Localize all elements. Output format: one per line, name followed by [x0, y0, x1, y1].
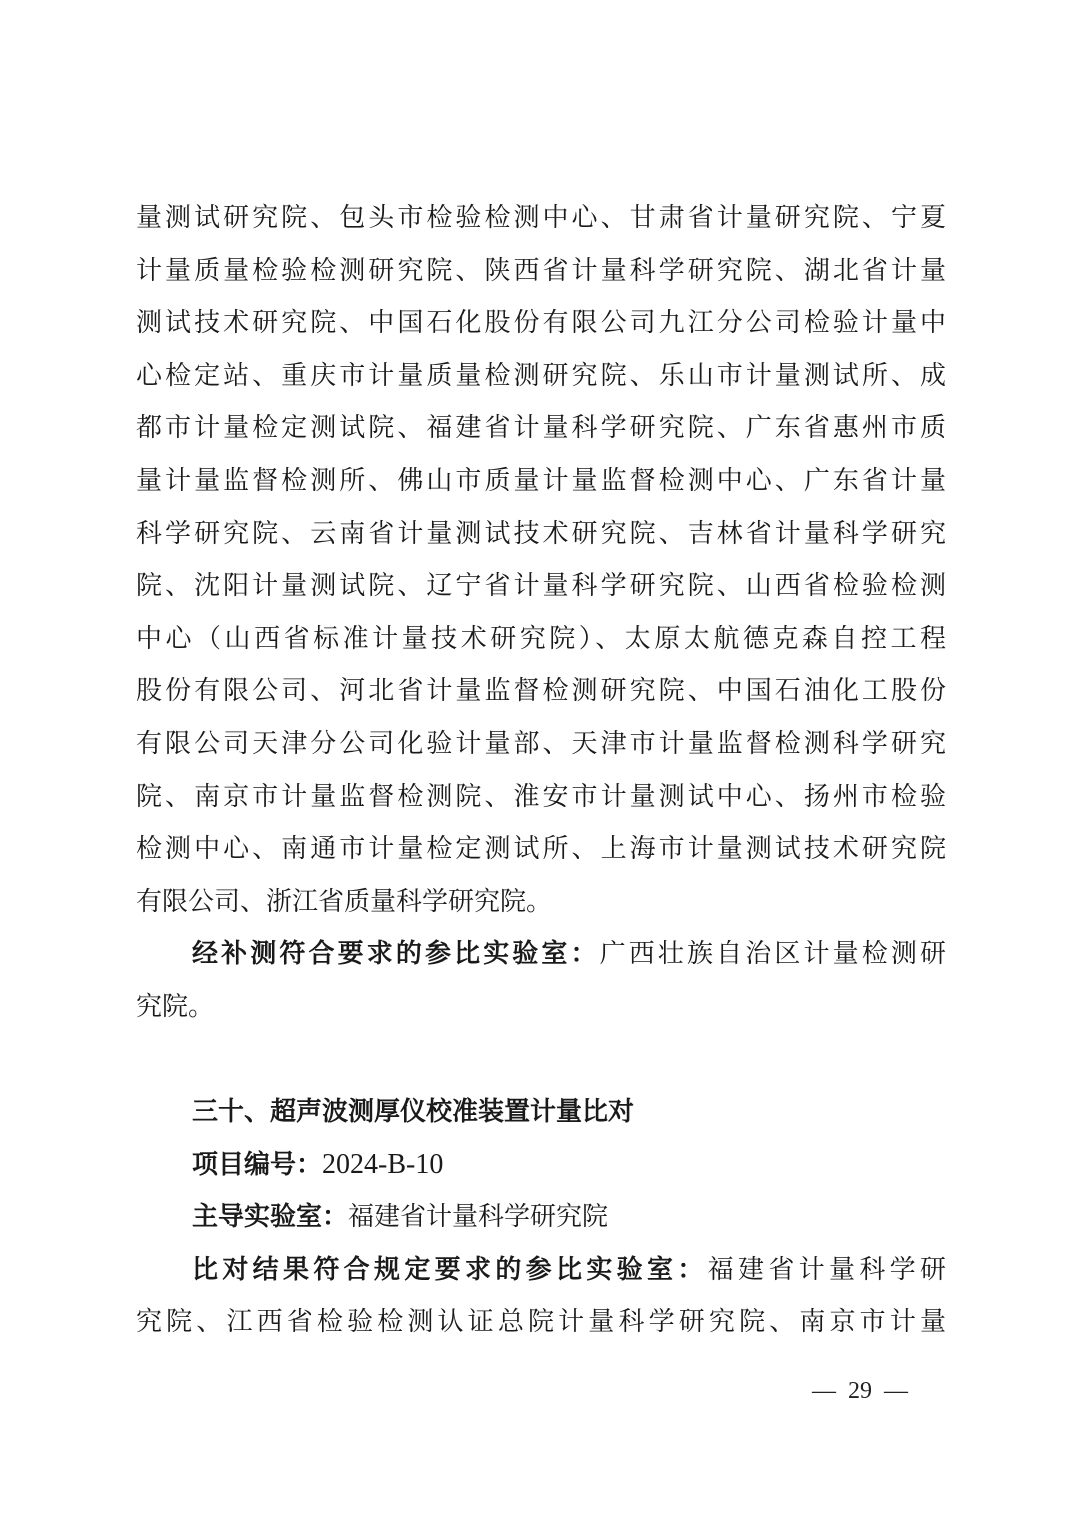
results-value: 福建省计量科学研	[708, 1255, 946, 1285]
lead-lab-value: 福建省计量科学研究院	[348, 1202, 608, 1232]
text-line: 股份有限公司、河北省计量监督检测研究院、中国石油化工股份	[136, 665, 946, 718]
text-line: 院、南京市计量监督检测院、淮安市计量测试中心、扬州市检验	[136, 771, 946, 824]
text-line: 有限公司、浙江省质量科学研究院。	[136, 876, 946, 929]
text-line: 院、沈阳计量测试院、辽宁省计量科学研究院、山西省检验检测	[136, 560, 946, 613]
text-line: 都市计量检定测试院、福建省计量科学研究院、广东省惠州市质	[136, 402, 946, 455]
lead-lab-label: 主导实验室：	[192, 1202, 348, 1232]
supplement-value-cont: 究院。	[136, 981, 946, 1034]
text-line: 量测试研究院、包头市检验检测中心、甘肃省计量研究院、宁夏	[136, 192, 946, 245]
text-line: 有限公司天津分公司化验计量部、天津市计量监督检测科学研究	[136, 718, 946, 771]
document-page: 量测试研究院、包头市检验检测中心、甘肃省计量研究院、宁夏 计量质量检验检测研究院…	[136, 192, 946, 1349]
spacer	[136, 1034, 946, 1087]
lead-lab: 主导实验室：福建省计量科学研究院	[136, 1191, 946, 1244]
supplement-value: 广西壮族自治区计量检测研	[600, 939, 946, 969]
text-line: 科学研究院、云南省计量测试技术研究院、吉林省计量科学研究	[136, 508, 946, 561]
text-line: 检测中心、南通市计量检定测试所、上海市计量测试技术研究院	[136, 823, 946, 876]
project-number: 项目编号：2024-B-10	[136, 1139, 946, 1192]
supplement-paragraph: 经补测符合要求的参比实验室：广西壮族自治区计量检测研	[136, 928, 946, 981]
results-paragraph: 比对结果符合规定要求的参比实验室：福建省计量科学研	[136, 1244, 946, 1297]
text-line: 量计量监督检测所、佛山市质量计量监督检测中心、广东省计量	[136, 455, 946, 508]
section-heading: 三十、超声波测厚仪校准装置计量比对	[136, 1086, 946, 1139]
project-number-label: 项目编号：	[192, 1150, 322, 1180]
project-number-value: 2024-B-10	[322, 1149, 443, 1180]
text-line: 心检定站、重庆市计量质量检测研究院、乐山市计量测试所、成	[136, 350, 946, 403]
page-number: — 29 —	[812, 1378, 908, 1405]
results-value-cont: 究院、江西省检验检测认证总院计量科学研究院、南京市计量	[136, 1296, 946, 1349]
text-line: 中心（山西省标准计量技术研究院）、太原太航德克森自控工程	[136, 613, 946, 666]
text-line: 测试技术研究院、中国石化股份有限公司九江分公司检验计量中	[136, 297, 946, 350]
text-line: 计量质量检验检测研究院、陕西省计量科学研究院、湖北省计量	[136, 245, 946, 298]
results-label: 比对结果符合规定要求的参比实验室：	[192, 1255, 708, 1285]
supplement-label: 经补测符合要求的参比实验室：	[192, 939, 600, 969]
